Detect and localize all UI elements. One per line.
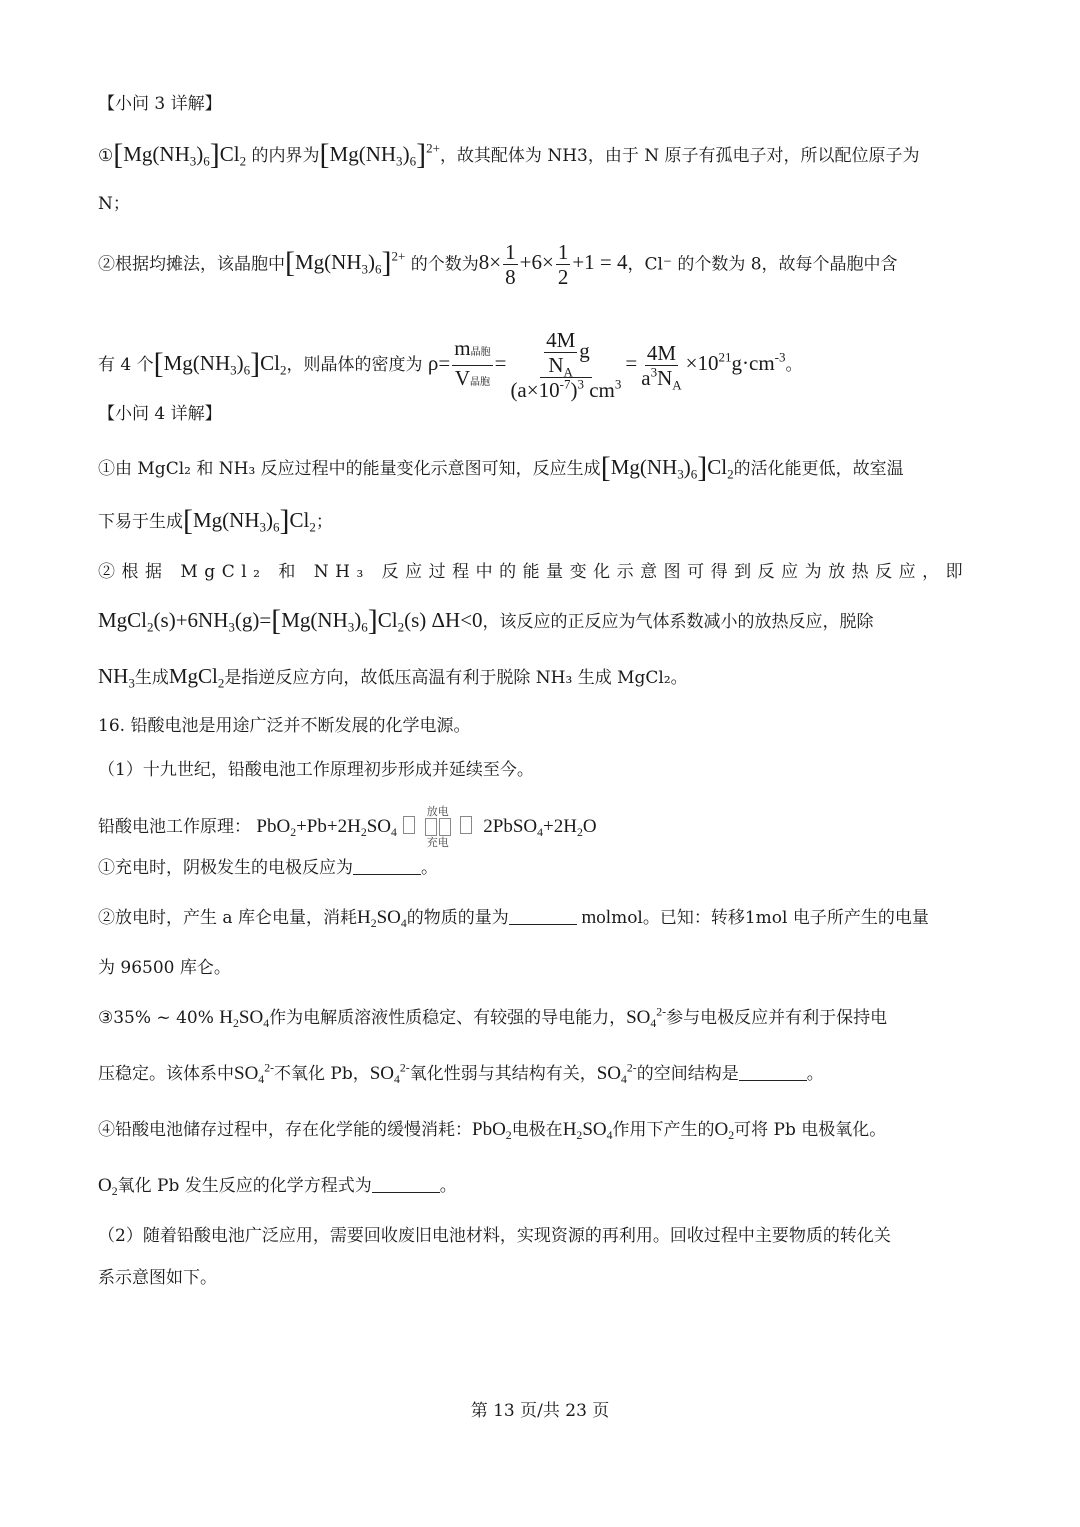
paragraph-3-1-cont: N； <box>98 192 988 216</box>
paragraph-4-1: ①由 MgCl₂ 和 NH₃ 反应过程中的能量变化示意图可知，反应生成[Mg(N… <box>98 455 988 481</box>
answer-blank[interactable] <box>353 856 421 875</box>
paragraph-4-2-cont: NH3生成MgCl2是指逆反应方向，故低压高温有利于脱除 NH₃ 生成 MgCl… <box>98 664 988 690</box>
missing-glyph-icon <box>460 816 472 834</box>
question-16-part1-intro: （1）十九世纪，铅酸电池工作原理初步形成并延续至今。 <box>98 758 988 782</box>
paragraph-4-1-cont: 下易于生成[Mg(NH3)6]Cl2； <box>98 508 988 534</box>
section-heading-3: 【小问 3 详解】 <box>98 92 988 116</box>
question-16-1-3-cont: 压稳定。该体系中SO42-不氧化 Pb，SO42-氧化性弱与其结构有关，SO42… <box>98 1062 988 1086</box>
page-footer: 第 13 页/共 23 页 <box>0 1396 1080 1421</box>
question-16-part2-cont: 系示意图如下。 <box>98 1266 988 1290</box>
missing-glyph-icon <box>403 816 415 834</box>
reversible-arrow: 放电 充电 <box>424 806 452 849</box>
missing-glyph-icon <box>439 818 451 836</box>
question-16-1-2: ②放电时，产生 a 库仑电量，消耗H2SO4的物质的量为 molmol。已知：转… <box>98 906 988 930</box>
paragraph-3-1: ①[Mg(NH3)6]Cl2 的内界为[Mg(NH3)6]2+，故其配体为 NH… <box>98 142 988 168</box>
question-16-1-4: ④铅酸电池储存过程中，存在化学能的缓慢消耗：PbO2电极在H2SO4作用下产生的… <box>98 1118 988 1142</box>
question-16-1-4-cont: O2氧化 Pb 发生反应的化学方程式为。 <box>98 1174 988 1198</box>
question-16-title: 16. 铅酸电池是用途广泛并不断发展的化学电源。 <box>98 714 988 738</box>
density-formula: ρ=m晶胞V晶胞=4MNAg(a×10-7)3 cm3=4Ma3NA×1021g… <box>428 351 786 375</box>
question-16-1-2-cont: 为 96500 库仑。 <box>98 956 988 980</box>
answer-blank[interactable] <box>509 906 577 925</box>
paragraph-4-2-equation: MgCl2(s)+6NH3(g)=[Mg(NH3)6]Cl2(s) ΔH<0，该… <box>98 608 988 634</box>
uniform-allocation-calc: 8×18+6×12+1 = 4 <box>479 250 628 274</box>
battery-principle: 铅酸电池工作原理： PbO2+Pb+2H2SO4 放电 充电 2PbSO4+2H… <box>98 806 988 849</box>
paragraph-3-2: ②根据均摊法，该晶胞中[Mg(NH3)6]2+ 的个数为8×18+6×12+1 … <box>98 240 988 289</box>
answer-blank[interactable] <box>739 1062 807 1081</box>
equilibrium-equation: MgCl2(s)+6NH3(g)=[Mg(NH3)6]Cl2(s) ΔH<0 <box>98 608 483 632</box>
missing-glyph-icon <box>425 818 437 836</box>
question-16-part2: （2）随着铅酸电池广泛应用，需要回收废旧电池材料，实现资源的再利用。回收过程中主… <box>98 1224 988 1248</box>
document-page: 【小问 3 详解】 ①[Mg(NH3)6]Cl2 的内界为[Mg(NH3)6]2… <box>0 0 1080 1527</box>
section-heading-4: 【小问 4 详解】 <box>98 402 988 426</box>
paragraph-4-2: ②根据 MgCl₂ 和 NH₃ 反应过程中的能量变化示意图可得到反应为放热反应，… <box>98 560 988 584</box>
answer-blank[interactable] <box>372 1174 440 1193</box>
question-16-1-3: ③35% ~ 40% H2SO4作为电解质溶液性质稳定、有较强的导电能力，SO4… <box>98 1006 988 1030</box>
question-16-1-1: ①充电时，阴极发生的电极反应为。 <box>98 856 988 880</box>
paragraph-3-2-density: 有 4 个[Mg(NH3)6]Cl2，则晶体的密度为 ρ=m晶胞V晶胞=4MNA… <box>98 328 988 402</box>
